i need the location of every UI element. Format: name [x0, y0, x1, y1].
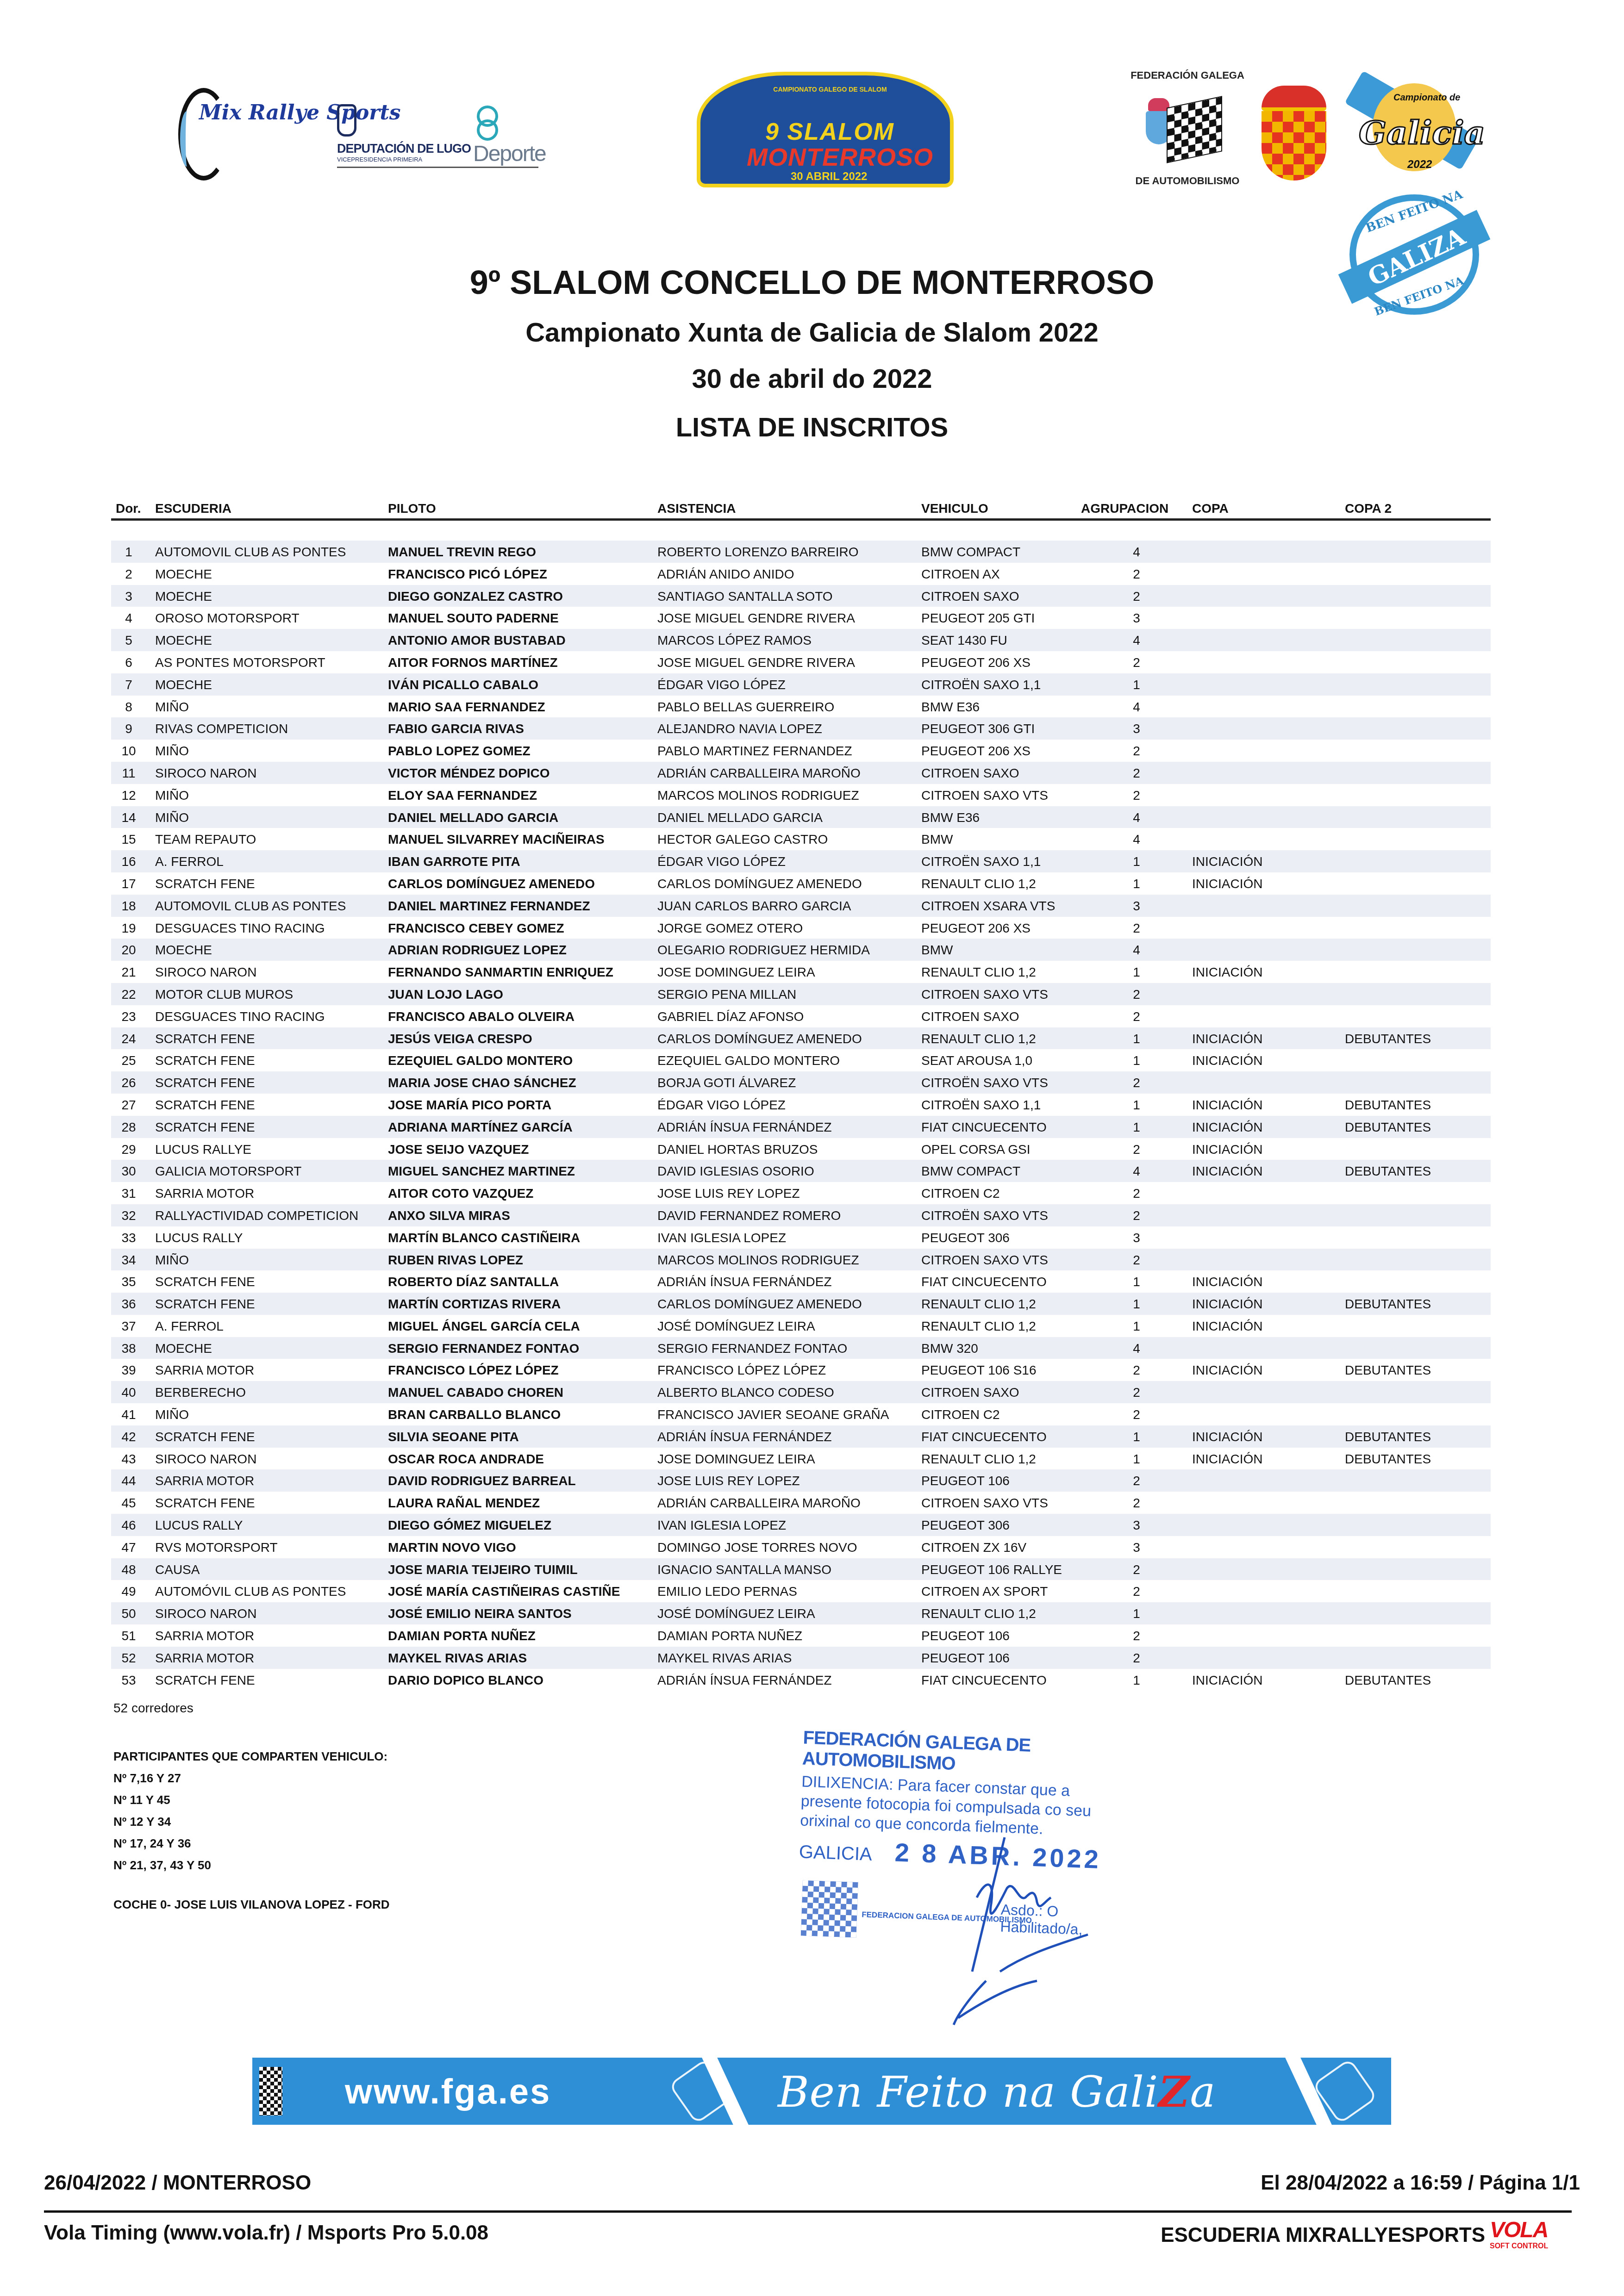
coche-cero-note: COCHE 0- JOSE LUIS VILANOVA LOPEZ - FORD: [113, 1898, 390, 1912]
cell-agrupacion: 1: [1123, 1452, 1150, 1467]
plate-subtitle: MONTERROSO: [747, 143, 933, 172]
cell-vehiculo: BMW E36: [921, 810, 980, 825]
fga-banner: www.fga.es Ben Feito na GaliZa: [252, 2058, 1391, 2125]
cell-agrupacion: 1: [1123, 1120, 1150, 1135]
cell-dor: 17: [115, 877, 143, 891]
cell-agrupacion: 4: [1123, 832, 1150, 847]
cell-dor: 46: [115, 1518, 143, 1533]
cell-piloto: CARLOS DOMÍNGUEZ AMENEDO: [388, 877, 595, 891]
cell-piloto: MIGUEL SANCHEZ MARTINEZ: [388, 1164, 575, 1179]
cell-asistencia: JOSE MIGUEL GENDRE RIVERA: [657, 611, 855, 626]
cell-asistencia: MARCOS MOLINOS RODRIGUEZ: [657, 1253, 859, 1268]
cell-copa: INICIACIÓN: [1192, 1032, 1262, 1046]
cell-agrupacion: 1: [1123, 1053, 1150, 1068]
table-row: 3MOECHEDIEGO GONZALEZ CASTROSANTIAGO SAN…: [111, 585, 1491, 607]
cell-agrupacion: 1: [1123, 1606, 1150, 1621]
cell-asistencia: JOSÉ DOMÍNGUEZ LEIRA: [657, 1319, 815, 1334]
table-row: 53SCRATCH FENEDARIO DOPICO BLANCOADRIÁN …: [111, 1669, 1491, 1691]
cell-vehiculo: CITROEN SAXO VTS: [921, 1253, 1048, 1268]
header-copa2: COPA 2: [1345, 501, 1392, 516]
cell-vehiculo: SEAT 1430 FU: [921, 633, 1007, 648]
cell-piloto: FABIO GARCIA RIVAS: [388, 722, 524, 736]
header-agrupacion: AGRUPACION: [1081, 501, 1168, 516]
cell-asistencia: DAVID FERNANDEZ ROMERO: [657, 1208, 841, 1223]
cell-agrupacion: 2: [1123, 1142, 1150, 1157]
cell-vehiculo: BMW: [921, 943, 953, 958]
cell-asistencia: IVAN IGLESIA LOPEZ: [657, 1231, 786, 1245]
cell-agrupacion: 2: [1123, 1385, 1150, 1400]
table-row: 5MOECHEANTONIO AMOR BUSTABADMARCOS LÓPEZ…: [111, 629, 1491, 651]
cell-copa2: DEBUTANTES: [1345, 1032, 1431, 1046]
cell-piloto: ROBERTO DÍAZ SANTALLA: [388, 1275, 559, 1289]
cell-asistencia: ÉDGAR VIGO LÓPEZ: [657, 678, 786, 692]
cell-escuderia: MIÑO: [155, 700, 189, 715]
cell-agrupacion: 1: [1123, 965, 1150, 980]
cell-asistencia: MAYKEL RIVAS ARIAS: [657, 1651, 792, 1666]
cell-escuderia: SCRATCH FENE: [155, 1120, 255, 1135]
cell-asistencia: SERGIO PENA MILLAN: [657, 987, 796, 1002]
cell-piloto: FRANCISCO PICÓ LÓPEZ: [388, 567, 547, 582]
signature-icon: [944, 1833, 1097, 2027]
cell-agrupacion: 1: [1123, 877, 1150, 891]
table-row: 19DESGUACES TINO RACINGFRANCISCO CEBEY G…: [111, 917, 1491, 939]
stamp-org: FEDERACIÓN GALEGA DE AUTOMOBILISMO: [802, 1728, 1137, 1781]
cell-vehiculo: RENAULT CLIO 1,2: [921, 877, 1036, 891]
table-row: 2MOECHEFRANCISCO PICÓ LÓPEZADRIÁN ANIDO …: [111, 563, 1491, 585]
cell-escuderia: SARRIA MOTOR: [155, 1651, 254, 1666]
cell-escuderia: SIROCO NARON: [155, 766, 256, 781]
cell-agrupacion: 1: [1123, 1098, 1150, 1113]
cell-vehiculo: CITROËN SAXO 1,1: [921, 1098, 1041, 1113]
cell-escuderia: TEAM REPAUTO: [155, 832, 256, 847]
cell-asistencia: BORJA GOTI ÁLVAREZ: [657, 1076, 796, 1090]
cell-escuderia: BERBERECHO: [155, 1385, 246, 1400]
cell-dor: 28: [115, 1120, 143, 1135]
cell-piloto: MANUEL TREVIN REGO: [388, 545, 536, 560]
cell-piloto: PABLO LOPEZ GOMEZ: [388, 744, 530, 759]
cell-escuderia: SCRATCH FENE: [155, 1297, 255, 1312]
table-row: 43SIROCO NARONOSCAR ROCA ANDRADEJOSE DOM…: [111, 1448, 1491, 1470]
cell-agrupacion: 2: [1123, 1584, 1150, 1599]
header-asistencia: ASISTENCIA: [657, 501, 736, 516]
cell-escuderia: CAUSA: [155, 1562, 200, 1577]
cell-dor: 33: [115, 1231, 143, 1245]
entry-list-table: Dor. ESCUDERIA PILOTO ASISTENCIA VEHICUL…: [111, 493, 1491, 521]
cell-agrupacion: 4: [1123, 1164, 1150, 1179]
cell-asistencia: PABLO BELLAS GUERREIRO: [657, 700, 834, 715]
cell-agrupacion: 2: [1123, 1651, 1150, 1666]
cell-dor: 42: [115, 1430, 143, 1444]
campionato-galicia-logo: Campionato de Galicia 2022: [1345, 79, 1479, 180]
cell-piloto: DANIEL MELLADO GARCIA: [388, 810, 558, 825]
cell-agrupacion: 3: [1123, 1540, 1150, 1555]
table-row: 35SCRATCH FENEROBERTO DÍAZ SANTALLAADRIÁ…: [111, 1270, 1491, 1293]
cell-dor: 41: [115, 1407, 143, 1422]
cell-escuderia: SCRATCH FENE: [155, 877, 255, 891]
cell-vehiculo: CITROEN SAXO VTS: [921, 987, 1048, 1002]
cell-agrupacion: 2: [1123, 1629, 1150, 1643]
cell-piloto: FRANCISCO LÓPEZ LÓPEZ: [388, 1363, 559, 1378]
cell-asistencia: ADRIÁN ÍNSUA FERNÁNDEZ: [657, 1275, 832, 1289]
cell-dor: 49: [115, 1584, 143, 1599]
cell-agrupacion: 3: [1123, 899, 1150, 914]
cell-asistencia: ALEJANDRO NAVIA LOPEZ: [657, 722, 822, 736]
cell-dor: 26: [115, 1076, 143, 1090]
cell-vehiculo: CITROËN SAXO 1,1: [921, 678, 1041, 692]
cell-piloto: FRANCISCO CEBEY GOMEZ: [388, 921, 564, 936]
cell-piloto: MARIO SAA FERNANDEZ: [388, 700, 545, 715]
cell-vehiculo: PEUGEOT 306: [921, 1518, 1010, 1533]
cell-vehiculo: CITROËN SAXO VTS: [921, 1208, 1048, 1223]
cell-vehiculo: CITROEN ZX 16V: [921, 1540, 1026, 1555]
plate-title: 9 SLALOM: [765, 118, 894, 146]
cell-vehiculo: RENAULT CLIO 1,2: [921, 1606, 1036, 1621]
cell-vehiculo: PEUGEOT 206 XS: [921, 921, 1031, 936]
banner-slogan: Ben Feito na GaliZa: [778, 2067, 1216, 2117]
cell-dor: 39: [115, 1363, 143, 1378]
cell-piloto: MIGUEL ÁNGEL GARCÍA CELA: [388, 1319, 580, 1334]
cell-piloto: EZEQUIEL GALDO MONTERO: [388, 1053, 573, 1068]
cell-asistencia: JOSÉ DOMÍNGUEZ LEIRA: [657, 1606, 815, 1621]
cell-piloto: RUBEN RIVAS LOPEZ: [388, 1253, 523, 1268]
cell-copa2: DEBUTANTES: [1345, 1452, 1431, 1467]
cell-dor: 35: [115, 1275, 143, 1289]
cell-dor: 29: [115, 1142, 143, 1157]
cell-vehiculo: SEAT AROUSA 1,0: [921, 1053, 1032, 1068]
cell-agrupacion: 2: [1123, 1363, 1150, 1378]
cell-escuderia: SCRATCH FENE: [155, 1430, 255, 1444]
shared-vehicle-item: Nº 7,16 Y 27: [113, 1771, 387, 1793]
footer-divider: [44, 2210, 1572, 2213]
cell-agrupacion: 1: [1123, 854, 1150, 869]
cell-vehiculo: OPEL CORSA GSI: [921, 1142, 1030, 1157]
cell-dor: 7: [115, 678, 143, 692]
cell-dor: 36: [115, 1297, 143, 1312]
cell-asistencia: JOSE LUIS REY LOPEZ: [657, 1186, 800, 1201]
cell-copa2: DEBUTANTES: [1345, 1098, 1431, 1113]
table-row: 26SCRATCH FENEMARIA JOSE CHAO SÁNCHEZBOR…: [111, 1071, 1491, 1094]
cell-vehiculo: FIAT CINCUECENTO: [921, 1120, 1047, 1135]
event-title: 9º SLALOM CONCELLO DE MONTERROSO: [0, 264, 1624, 302]
cell-dor: 15: [115, 832, 143, 847]
cell-asistencia: ÉDGAR VIGO LÓPEZ: [657, 854, 786, 869]
shared-vehicle-title: PARTICIPANTES QUE COMPARTEN VEHICULO:: [113, 1749, 387, 1771]
cell-piloto: SILVIA SEOANE PITA: [388, 1430, 519, 1444]
cell-escuderia: MOECHE: [155, 1341, 212, 1356]
deputacion-lugo-title: DEPUTACIÓN DE LUGO: [337, 142, 471, 156]
cell-piloto: BRAN CARBALLO BLANCO: [388, 1407, 561, 1422]
cell-dor: 24: [115, 1032, 143, 1046]
cell-piloto: IBAN GARROTE PITA: [388, 854, 520, 869]
table-row: 6AS PONTES MOTORSPORTAITOR FORNOS MARTÍN…: [111, 651, 1491, 673]
cell-dor: 32: [115, 1208, 143, 1223]
cell-escuderia: SCRATCH FENE: [155, 1098, 255, 1113]
cell-agrupacion: 2: [1123, 1562, 1150, 1577]
cell-vehiculo: PEUGEOT 106 RALLYE: [921, 1562, 1062, 1577]
cell-dor: 18: [115, 899, 143, 914]
cell-agrupacion: 1: [1123, 1032, 1150, 1046]
cell-dor: 40: [115, 1385, 143, 1400]
cell-dor: 30: [115, 1164, 143, 1179]
cell-vehiculo: RENAULT CLIO 1,2: [921, 1319, 1036, 1334]
cell-escuderia: AUTOMOVIL CLUB AS PONTES: [155, 899, 346, 914]
list-title: LISTA DE INSCRITOS: [0, 412, 1624, 443]
cell-asistencia: DAVID IGLESIAS OSORIO: [657, 1164, 814, 1179]
vola-logo-sub: SOFT CONTROL: [1490, 2242, 1580, 2251]
cell-escuderia: A. FERROL: [155, 854, 224, 869]
cell-agrupacion: 4: [1123, 700, 1150, 715]
cell-dor: 3: [115, 589, 143, 604]
shared-vehicle-item: Nº 11 Y 45: [113, 1793, 387, 1815]
cell-escuderia: SCRATCH FENE: [155, 1032, 255, 1046]
cell-agrupacion: 2: [1123, 1474, 1150, 1488]
cell-dor: 45: [115, 1496, 143, 1511]
slalom-monterroso-plate-logo: CAMPIONATO GALEGO DE SLALOM 9 SLALOM MON…: [697, 72, 954, 187]
cell-agrupacion: 4: [1123, 810, 1150, 825]
cell-agrupacion: 1: [1123, 1275, 1150, 1289]
cell-vehiculo: BMW COMPACT: [921, 545, 1020, 560]
plate-date: 30 ABRIL 2022: [791, 170, 867, 183]
cell-vehiculo: PEUGEOT 106: [921, 1629, 1010, 1643]
cell-copa: INICIACIÓN: [1192, 1142, 1262, 1157]
cell-asistencia: SANTIAGO SANTALLA SOTO: [657, 589, 833, 604]
table-row: 37A. FERROLMIGUEL ÁNGEL GARCÍA CELAJOSÉ …: [111, 1315, 1491, 1337]
cell-asistencia: JOSE LUIS REY LOPEZ: [657, 1474, 800, 1488]
cell-piloto: ELOY SAA FERNANDEZ: [388, 788, 537, 803]
table-row: 10MIÑOPABLO LOPEZ GOMEZPABLO MARTINEZ FE…: [111, 740, 1491, 762]
table-row: 9RIVAS COMPETICIONFABIO GARCIA RIVASALEJ…: [111, 717, 1491, 740]
cell-agrupacion: 2: [1123, 1076, 1150, 1090]
table-row: 4OROSO MOTORSPORTMANUEL SOUTO PADERNEJOS…: [111, 607, 1491, 629]
cell-dor: 5: [115, 633, 143, 648]
campionato-year: 2022: [1407, 158, 1432, 171]
cell-asistencia: DANIEL MELLADO GARCIA: [657, 810, 823, 825]
cell-piloto: MANUEL SOUTO PADERNE: [388, 611, 559, 626]
plate-top-text: CAMPIONATO GALEGO DE SLALOM: [747, 86, 913, 93]
cell-piloto: LAURA RAÑAL MENDEZ: [388, 1496, 540, 1511]
cell-copa2: DEBUTANTES: [1345, 1363, 1431, 1378]
cell-piloto: MARTÍN CORTIZAS RIVERA: [388, 1297, 561, 1312]
cell-vehiculo: CITROEN SAXO: [921, 589, 1019, 604]
cell-asistencia: DOMINGO JOSE TORRES NOVO: [657, 1540, 857, 1555]
cell-piloto: JOSE SEIJO VAZQUEZ: [388, 1142, 529, 1157]
cell-dor: 4: [115, 611, 143, 626]
cell-piloto: FERNANDO SANMARTIN ENRIQUEZ: [388, 965, 613, 980]
cell-piloto: AITOR FORNOS MARTÍNEZ: [388, 655, 558, 670]
cell-copa: INICIACIÓN: [1192, 1319, 1262, 1334]
table-row: 47RVS MOTORSPORTMARTIN NOVO VIGODOMINGO …: [111, 1536, 1491, 1558]
cell-dor: 27: [115, 1098, 143, 1113]
cell-piloto: VICTOR MÉNDEZ DOPICO: [388, 766, 550, 781]
cell-dor: 21: [115, 965, 143, 980]
cell-vehiculo: CITROEN SAXO: [921, 1385, 1019, 1400]
vola-logo: VOLA SOFT CONTROL: [1490, 2219, 1580, 2252]
cell-agrupacion: 2: [1123, 589, 1150, 604]
cell-copa2: DEBUTANTES: [1345, 1673, 1431, 1688]
cell-asistencia: ADRIÁN CARBALLEIRA MAROÑO: [657, 766, 861, 781]
cell-asistencia: ADRIÁN ÍNSUA FERNÁNDEZ: [657, 1673, 832, 1688]
cell-vehiculo: CITROEN SAXO: [921, 1009, 1019, 1024]
cell-agrupacion: 2: [1123, 1496, 1150, 1511]
cell-asistencia: CARLOS DOMÍNGUEZ AMENEDO: [657, 1297, 862, 1312]
cell-asistencia: ADRIÁN ANIDO ANIDO: [657, 567, 794, 582]
cell-dor: 50: [115, 1606, 143, 1621]
cell-asistencia: IVAN IGLESIA LOPEZ: [657, 1518, 786, 1533]
cell-escuderia: MIÑO: [155, 788, 189, 803]
stamp-place: GALICIA: [799, 1842, 871, 1864]
table-row: 25SCRATCH FENEEZEQUIEL GALDO MONTEROEZEQ…: [111, 1049, 1491, 1071]
cell-copa: INICIACIÓN: [1192, 1452, 1262, 1467]
table-body: 1AUTOMOVIL CLUB AS PONTESMANUEL TREVIN R…: [111, 541, 1491, 1691]
cell-escuderia: SIROCO NARON: [155, 1606, 256, 1621]
table-row: 23DESGUACES TINO RACINGFRANCISCO ABALO O…: [111, 1005, 1491, 1027]
cell-dor: 34: [115, 1253, 143, 1268]
deputacion-lugo-emblem-icon: [337, 104, 356, 137]
cell-vehiculo: PEUGEOT 306: [921, 1231, 1010, 1245]
table-row: 48CAUSAJOSE MARIA TEIJEIRO TUIMILIGNACIO…: [111, 1558, 1491, 1580]
cell-escuderia: AS PONTES MOTORSPORT: [155, 655, 325, 670]
cell-dor: 38: [115, 1341, 143, 1356]
table-row: 17SCRATCH FENECARLOS DOMÍNGUEZ AMENEDOCA…: [111, 872, 1491, 895]
fga-mini-flag-icon: [801, 1880, 858, 1938]
table-row: 14MIÑODANIEL MELLADO GARCIADANIEL MELLAD…: [111, 806, 1491, 828]
cell-vehiculo: RENAULT CLIO 1,2: [921, 1032, 1036, 1046]
cell-agrupacion: 3: [1123, 1518, 1150, 1533]
cell-dor: 9: [115, 722, 143, 736]
cell-vehiculo: CITROEN AX SPORT: [921, 1584, 1048, 1599]
monterroso-coat-of-arms-icon: [1262, 86, 1326, 180]
cell-asistencia: FRANCISCO JAVIER SEOANE GRAÑA: [657, 1407, 889, 1422]
stamp-text: DILIXENCIA: Para facer constar que a pre…: [800, 1772, 1135, 1842]
event-date: 30 de abril do 2022: [0, 363, 1624, 394]
cell-piloto: SERGIO FERNANDEZ FONTAO: [388, 1341, 579, 1356]
deputacion-lugo-subtitle: VICEPRESIDENCIA PRIMEIRA: [337, 156, 422, 163]
cell-copa: INICIACIÓN: [1192, 1673, 1262, 1688]
cell-dor: 48: [115, 1562, 143, 1577]
cell-asistencia: EMILIO LEDO PERNAS: [657, 1584, 797, 1599]
cell-escuderia: AUTOMOVIL CLUB AS PONTES: [155, 545, 346, 560]
slogan-z: Z: [1158, 2067, 1190, 2117]
cell-dor: 20: [115, 943, 143, 958]
cell-escuderia: DESGUACES TINO RACING: [155, 921, 325, 936]
cell-piloto: ANXO SILVA MIRAS: [388, 1208, 510, 1223]
cell-asistencia: MARCOS MOLINOS RODRIGUEZ: [657, 788, 859, 803]
cell-escuderia: SIROCO NARON: [155, 1452, 256, 1467]
table-row: 40BERBERECHOMANUEL CABADO CHORENALBERTO …: [111, 1381, 1491, 1403]
cell-asistencia: ALBERTO BLANCO CODESO: [657, 1385, 834, 1400]
cell-escuderia: SCRATCH FENE: [155, 1275, 255, 1289]
table-row: 11SIROCO NARONVICTOR MÉNDEZ DOPICOADRIÁN…: [111, 762, 1491, 784]
cell-asistencia: CARLOS DOMÍNGUEZ AMENEDO: [657, 877, 862, 891]
cell-copa: INICIACIÓN: [1192, 1363, 1262, 1378]
cell-asistencia: EZEQUIEL GALDO MONTERO: [657, 1053, 840, 1068]
cell-agrupacion: 2: [1123, 1407, 1150, 1422]
table-row: 21SIROCO NARONFERNANDO SANMARTIN ENRIQUE…: [111, 961, 1491, 983]
cell-copa: INICIACIÓN: [1192, 877, 1262, 891]
cell-piloto: ADRIANA MARTÍNEZ GARCÍA: [388, 1120, 573, 1135]
cell-piloto: MARIA JOSE CHAO SÁNCHEZ: [388, 1076, 576, 1090]
cell-copa: INICIACIÓN: [1192, 1430, 1262, 1444]
cell-escuderia: MIÑO: [155, 810, 189, 825]
cell-asistencia: JUAN CARLOS BARRO GARCIA: [657, 899, 851, 914]
fga-seal-top-text: FEDERACIÓN GALEGA: [1123, 69, 1252, 81]
table-row: 32RALLYACTIVIDAD COMPETICIONANXO SILVA M…: [111, 1204, 1491, 1226]
cell-vehiculo: PEUGEOT 106: [921, 1651, 1010, 1666]
cell-vehiculo: RENAULT CLIO 1,2: [921, 1452, 1036, 1467]
cell-copa2: DEBUTANTES: [1345, 1164, 1431, 1179]
header-dor: Dor.: [116, 501, 141, 516]
header-escuderia: ESCUDERIA: [155, 501, 231, 516]
footer-organizer: ESCUDERIA MIXRALLYESPORTS: [1161, 2224, 1485, 2247]
table-row: 16A. FERROLIBAN GARROTE PITAÉDGAR VIGO L…: [111, 850, 1491, 872]
cell-agrupacion: 4: [1123, 545, 1150, 560]
table-row: 18AUTOMOVIL CLUB AS PONTESDANIEL MARTINE…: [111, 895, 1491, 917]
cell-vehiculo: BMW COMPACT: [921, 1164, 1020, 1179]
slogan-text-end: a: [1190, 2067, 1216, 2117]
cell-piloto: JOSÉ EMILIO NEIRA SANTOS: [388, 1606, 572, 1621]
cell-agrupacion: 3: [1123, 722, 1150, 736]
cell-agrupacion: 3: [1123, 1231, 1150, 1245]
table-row: 12MIÑOELOY SAA FERNANDEZMARCOS MOLINOS R…: [111, 784, 1491, 806]
table-row: 1AUTOMOVIL CLUB AS PONTESMANUEL TREVIN R…: [111, 541, 1491, 563]
cell-dor: 43: [115, 1452, 143, 1467]
cell-piloto: DAMIAN PORTA NUÑEZ: [388, 1629, 536, 1643]
cell-vehiculo: CITROEN SAXO VTS: [921, 788, 1048, 803]
cell-agrupacion: 2: [1123, 987, 1150, 1002]
cell-agrupacion: 1: [1123, 678, 1150, 692]
footer-date-location: 26/04/2022 / MONTERROSO: [44, 2172, 311, 2195]
cell-dor: 37: [115, 1319, 143, 1334]
cell-asistencia: CARLOS DOMÍNGUEZ AMENEDO: [657, 1032, 862, 1046]
cell-escuderia: SARRIA MOTOR: [155, 1363, 254, 1378]
cell-dor: 52: [115, 1651, 143, 1666]
cell-dor: 44: [115, 1474, 143, 1488]
cell-agrupacion: 2: [1123, 655, 1150, 670]
table-row: 50SIROCO NARONJOSÉ EMILIO NEIRA SANTOSJO…: [111, 1602, 1491, 1624]
cell-copa: INICIACIÓN: [1192, 1053, 1262, 1068]
cell-dor: 14: [115, 810, 143, 825]
cell-agrupacion: 2: [1123, 1253, 1150, 1268]
cell-vehiculo: CITROËN SAXO 1,1: [921, 854, 1041, 869]
mix-rallye-sports-label: Mix Rallye Sports: [199, 104, 401, 122]
cell-escuderia: SCRATCH FENE: [155, 1076, 255, 1090]
cell-dor: 25: [115, 1053, 143, 1068]
cell-piloto: JOSE MARIA TEIJEIRO TUIMIL: [388, 1562, 578, 1577]
cell-agrupacion: 1: [1123, 1673, 1150, 1688]
cell-escuderia: MIÑO: [155, 744, 189, 759]
table-row: 8MIÑOMARIO SAA FERNANDEZPABLO BELLAS GUE…: [111, 696, 1491, 718]
fga-seal-bottom-text: DE AUTOMOBILISMO: [1123, 175, 1252, 187]
checkered-flag-icon: [1167, 96, 1222, 163]
cell-piloto: DIEGO GÓMEZ MIGUELEZ: [388, 1518, 551, 1533]
cell-copa2: DEBUTANTES: [1345, 1430, 1431, 1444]
vola-logo-text: VOLA: [1490, 2219, 1580, 2241]
cell-copa: INICIACIÓN: [1192, 1297, 1262, 1312]
cell-agrupacion: 2: [1123, 1009, 1150, 1024]
cell-escuderia: LUCUS RALLY: [155, 1518, 243, 1533]
table-row: 22MOTOR CLUB MUROSJUAN LOJO LAGOSERGIO P…: [111, 983, 1491, 1005]
cell-escuderia: MOECHE: [155, 567, 212, 582]
checkered-flag-icon: [259, 2067, 282, 2116]
cell-asistencia: DANIEL HORTAS BRUZOS: [657, 1142, 818, 1157]
shared-vehicle-item: Nº 21, 37, 43 Y 50: [113, 1858, 387, 1880]
table-row: 52SARRIA MOTORMAYKEL RIVAS ARIASMAYKEL R…: [111, 1647, 1491, 1669]
footer-printed-page: El 28/04/2022 a 16:59 / Página 1/1: [1261, 2172, 1580, 2195]
table-row: 44SARRIA MOTORDAVID RODRIGUEZ BARREALJOS…: [111, 1469, 1491, 1492]
cell-piloto: DIEGO GONZALEZ CASTRO: [388, 589, 563, 604]
cell-agrupacion: 4: [1123, 1341, 1150, 1356]
cell-vehiculo: PEUGEOT 106: [921, 1474, 1010, 1488]
